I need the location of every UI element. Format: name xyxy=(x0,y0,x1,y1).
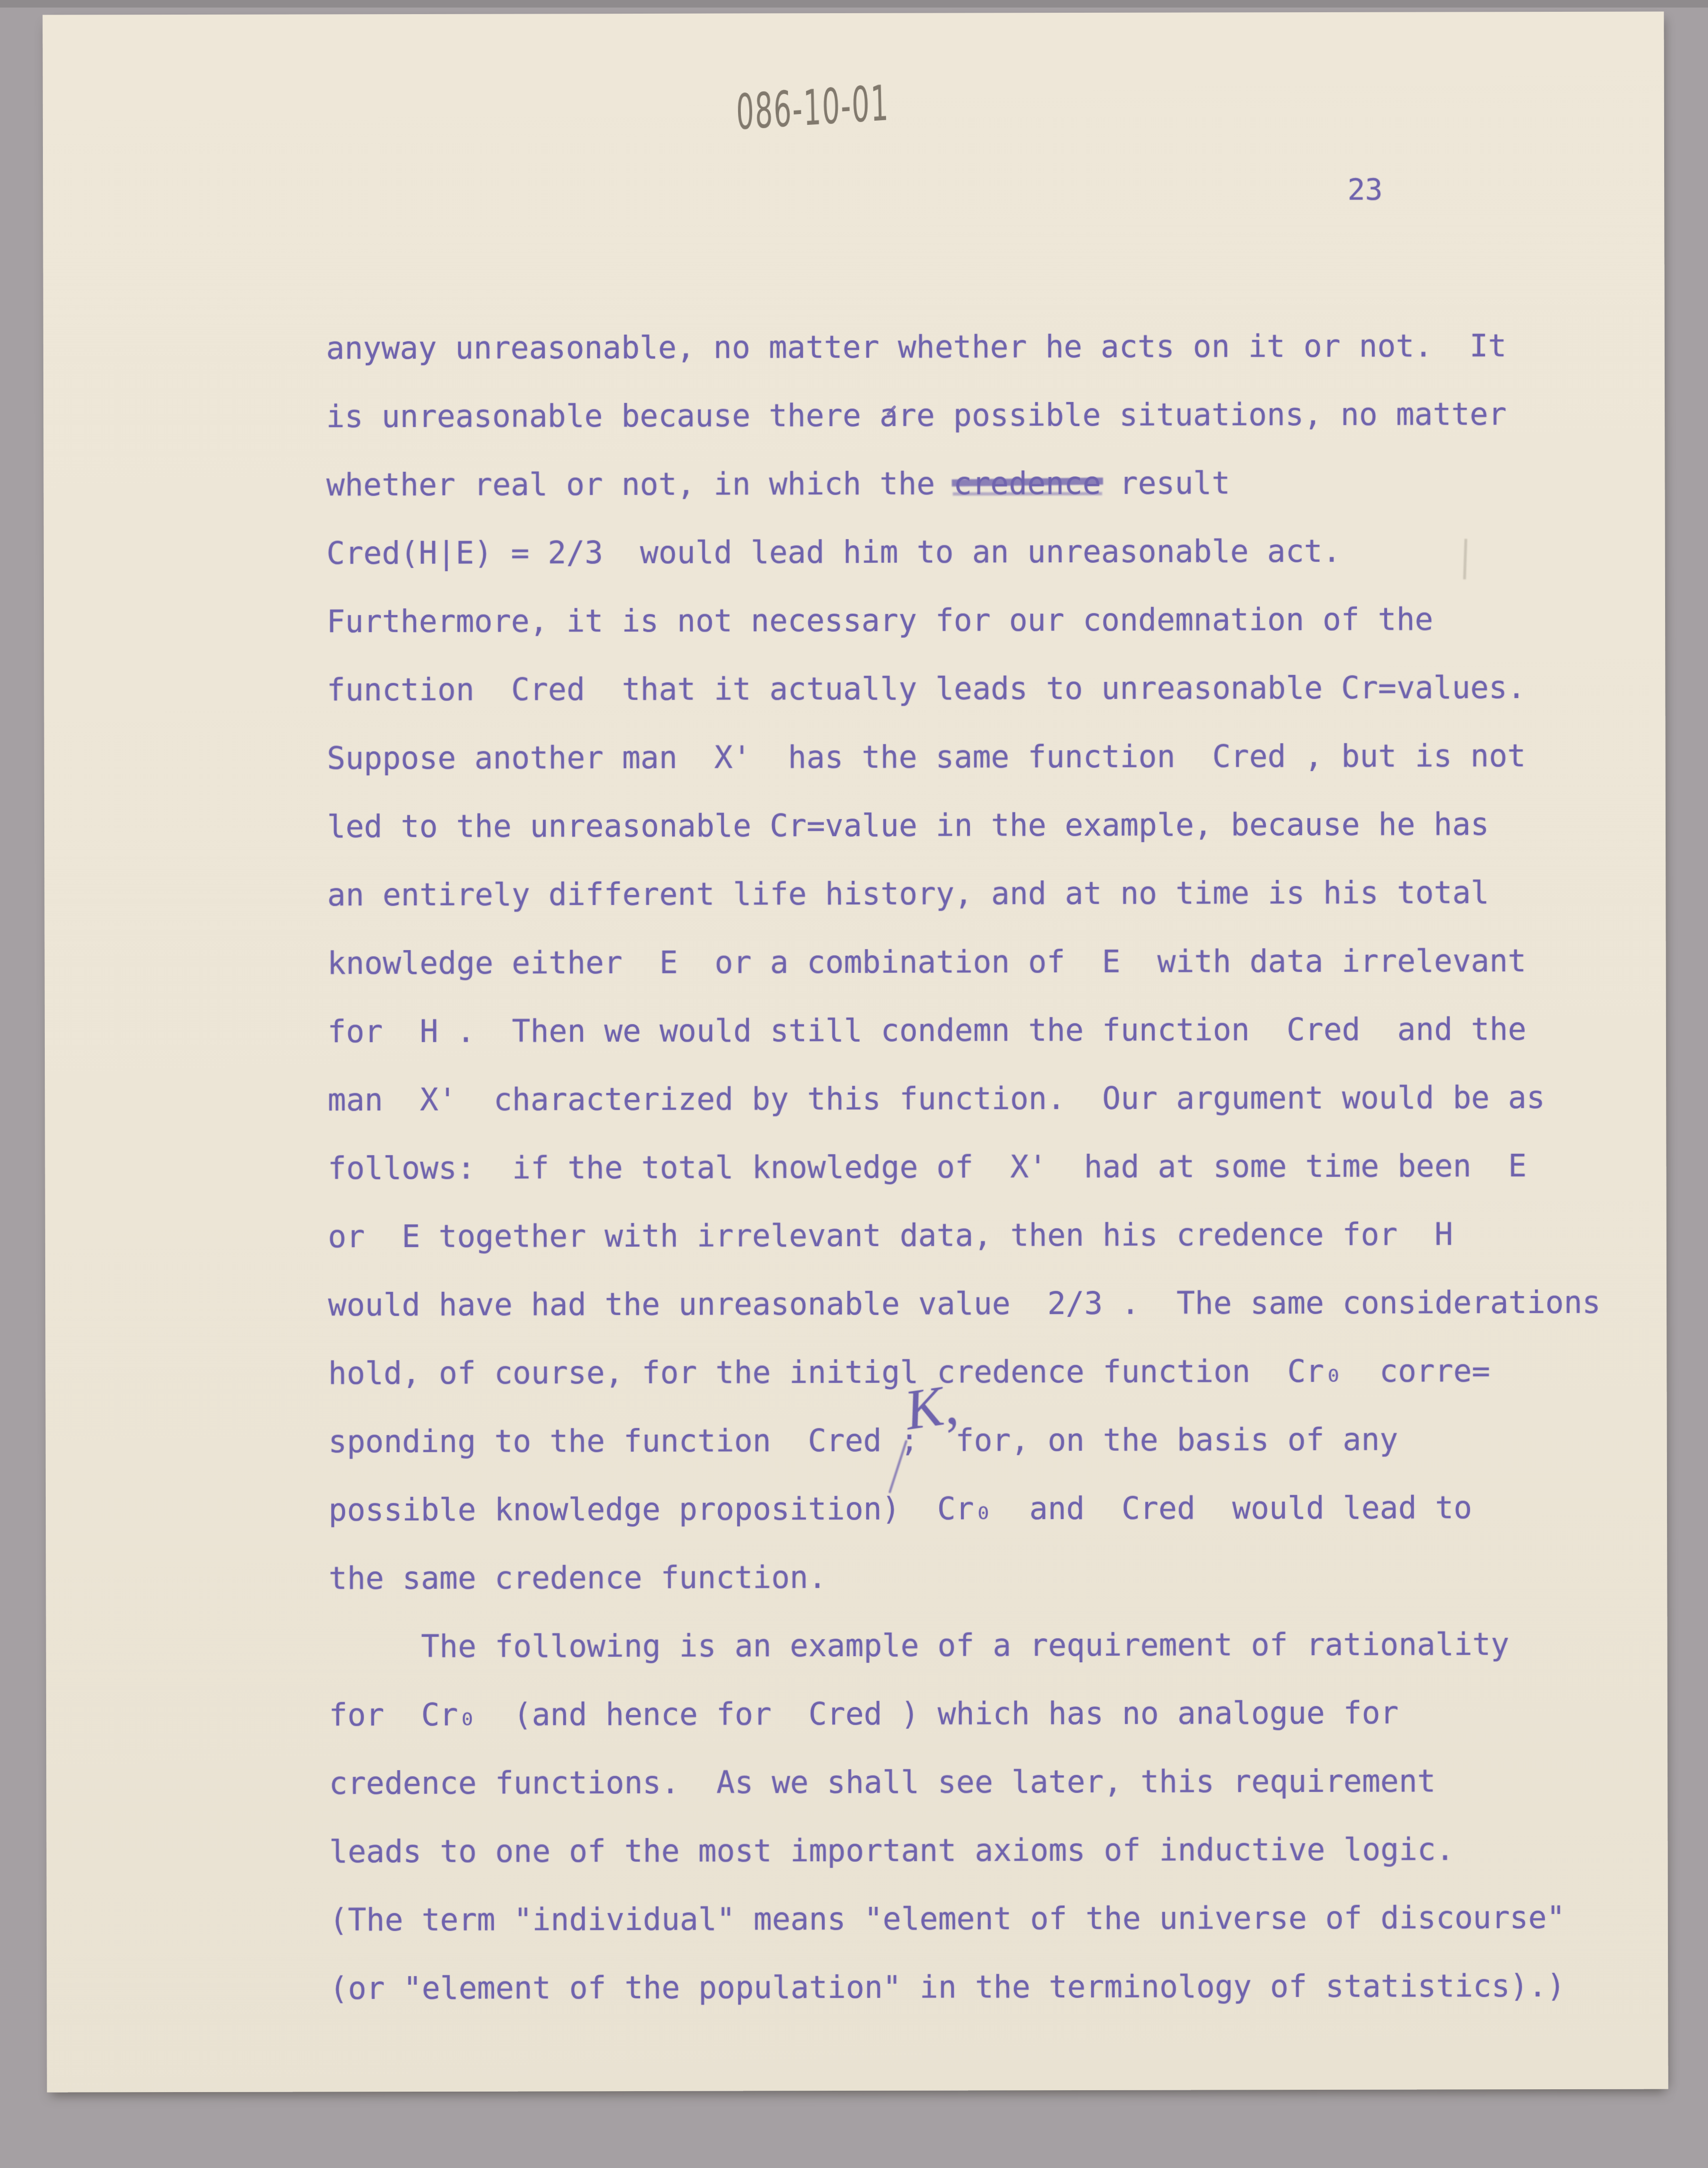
typed-line-03-post: result xyxy=(1101,466,1230,501)
typescript-paper-sheet: 086-10-01 23 anyway unreasonable, no mat… xyxy=(42,11,1668,2092)
typed-line-03-pre: whether real or not, in which the xyxy=(326,467,953,503)
typed-line-17: sponding to the function Cred ; for, on … xyxy=(328,1405,1648,1476)
typed-line-09: an entirely different life history, and … xyxy=(327,858,1647,929)
handwritten-insertion-K: K, xyxy=(901,1370,961,1445)
typed-line-25: (or "element of the population" in the t… xyxy=(329,1952,1649,2023)
typed-line-07: Suppose another man X' has the same func… xyxy=(327,722,1647,793)
typed-line-02: is unreasonable because there are possib… xyxy=(326,380,1646,451)
typed-line-15: would have had the unreasonable value 2/… xyxy=(328,1268,1648,1339)
typed-line-06: function Cred that it actually leads to … xyxy=(327,653,1646,724)
typed-line-05: Furthermore, it is not necessary for our… xyxy=(327,585,1646,656)
typed-line-18: possible knowledge proposition) Cr₀ and … xyxy=(328,1473,1648,1544)
scanner-edge-strip xyxy=(0,0,1708,8)
typed-line-11: for H . Then we would still condemn the … xyxy=(328,995,1647,1066)
typed-line-14: or E together with irrelevant data, then… xyxy=(328,1200,1648,1271)
typed-line-23: leads to one of the most important axiom… xyxy=(329,1815,1649,1886)
pencil-archive-mark: 086-10-01 xyxy=(736,74,890,141)
typed-line-03: whether real or not, in which the creden… xyxy=(326,448,1646,519)
typed-line-13: follows: if the total knowledge of X' ha… xyxy=(328,1132,1647,1203)
page-number: 23 xyxy=(1347,172,1383,207)
typed-line-19: the same credence function. xyxy=(328,1542,1648,1613)
struck-out-word: credence xyxy=(953,450,1101,518)
scanned-page: 086-10-01 23 anyway unreasonable, no mat… xyxy=(0,0,1708,2168)
typed-line-01: anyway unreasonable, no matter whether h… xyxy=(326,312,1646,383)
typed-line-16: hold, of course, for the initigl credenc… xyxy=(328,1337,1648,1408)
typed-line-24: (The term "individual" means "element of… xyxy=(329,1883,1649,1954)
typed-line-18-pre: possible knowledge proposition) xyxy=(328,1492,900,1528)
typed-text-block: anyway unreasonable, no matter whether h… xyxy=(326,312,1650,2023)
typed-line-21: for Cr₀ (and hence for Cred ) which has … xyxy=(329,1678,1649,1749)
typed-line-08: led to the unreasonable Cr=value in the … xyxy=(327,790,1647,861)
typed-line-04: Cred(H|E) = 2/3 would lead him to an unr… xyxy=(327,517,1646,588)
typed-line-12: man X' characterized by this function. O… xyxy=(328,1063,1647,1134)
typed-line-18-post: Cr₀ and Cred would lead to xyxy=(900,1490,1472,1527)
typed-line-20: The following is an example of a require… xyxy=(328,1610,1648,1681)
typed-line-10: knowledge either E or a combination of E… xyxy=(327,927,1647,998)
typed-line-22: credence functions. As we shall see late… xyxy=(329,1747,1649,1818)
